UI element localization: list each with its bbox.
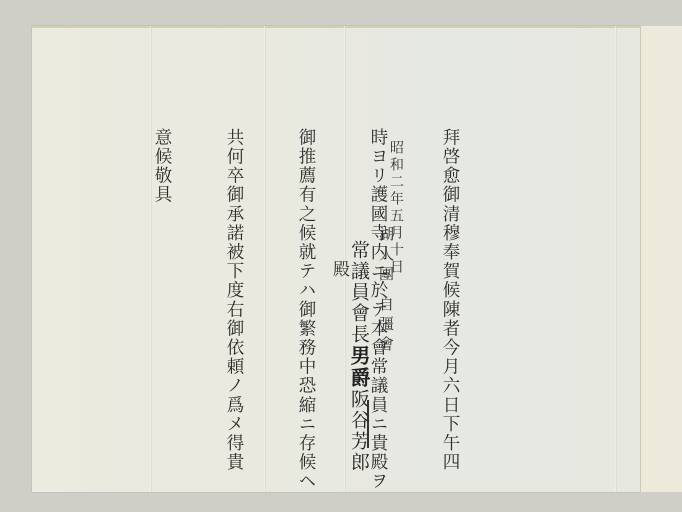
signature-tail-stroke	[367, 400, 369, 448]
paper-top-edge	[32, 26, 640, 28]
sender-title: 常議員會長	[348, 240, 370, 345]
body-column-3: 御推薦有之候就テハ御繁務中恐縮ニ存候ヘ	[294, 128, 318, 491]
organization-name: 湖人團 自彊會	[376, 226, 397, 356]
body-column-1: 拜啓愈御清穆奉賀候陳者今月六日下午四	[438, 128, 462, 491]
sender-rank: 男爵	[347, 345, 371, 389]
body-column-5: 意候敬具	[150, 128, 174, 491]
body-column-4: 共何卒御承諾被下度右御依頼ノ爲メ得貴	[222, 128, 246, 491]
letter-body: 拜啓愈御清穆奉賀候陳者今月六日下午四 時ヨリ護國寺内ニ於テ本會常議員ニ貴殿ヲ 御…	[126, 128, 510, 491]
fold-line	[615, 26, 617, 492]
adjacent-page-edge	[640, 26, 682, 492]
addressee-honorific: 殿	[327, 260, 352, 277]
